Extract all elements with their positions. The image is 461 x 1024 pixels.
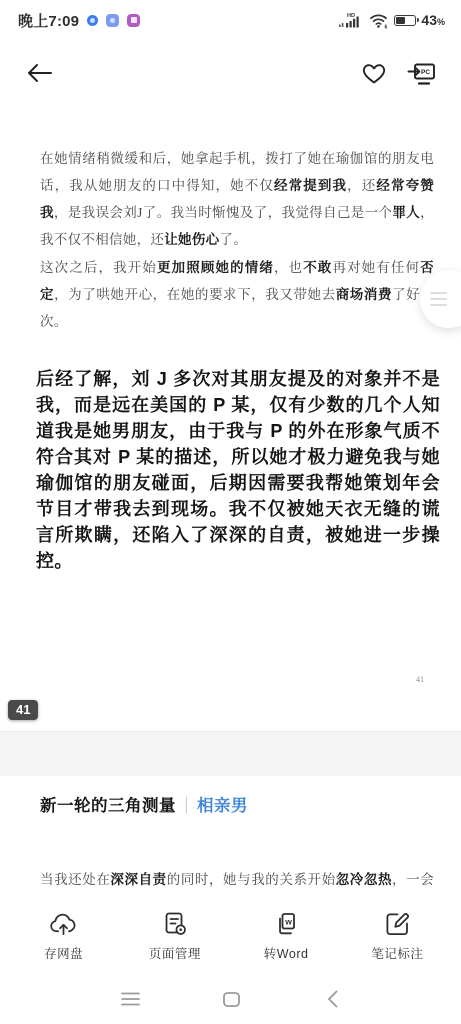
clock: 晚上7:09 [18, 10, 79, 31]
section-title: 新一轮的三角测量 [40, 797, 176, 815]
cell-signal-icon: HD [338, 11, 364, 29]
back-button[interactable] [22, 56, 56, 90]
convert-word-icon: w [272, 910, 300, 938]
wifi-icon: 6 [369, 12, 389, 29]
battery-icon [394, 15, 416, 26]
page-number-badge: 41 [8, 700, 38, 720]
tool-label: 笔记标注 [371, 944, 423, 962]
status-bar: 晚上7:09 HD 6 43% [0, 0, 461, 38]
battery-percent: 43% [421, 12, 445, 28]
tool-label: 页面管理 [149, 944, 201, 962]
hd-label: HD [347, 13, 355, 19]
pc-label: PC [421, 69, 430, 76]
app-navbar: PC [0, 44, 461, 102]
page-manage-button[interactable]: 页面管理 [127, 910, 223, 962]
send-to-pc-button[interactable]: PC [405, 56, 439, 90]
save-to-cloud-button[interactable]: 存网盘 [16, 910, 112, 962]
doc-highlight-paragraph: 后经了解，刘 J 多次对其朋友提及的对象并不是我，而是远在美国的 P 某，仅有少… [36, 366, 440, 574]
doc-paragraph-2: 这次之后，我开始更加照顾她的情绪，也不敢再对她有任何否定，为了哄她开心，在她的要… [40, 254, 434, 335]
back-arrow-icon [26, 62, 53, 84]
home-square-icon [223, 992, 240, 1007]
send-to-pc-icon: PC [407, 60, 438, 87]
bottom-toolbar: 存网盘 页面管理 w 转Word 笔记标注 [0, 896, 461, 975]
heading-separator: ｜ [178, 797, 195, 815]
doc-paragraph-1: 在她情绪稍微缓和后，她拿起手机，拨打了她在瑜伽馆的朋友电话，我从她朋友的口中得知… [40, 145, 434, 253]
page-separator [0, 731, 461, 776]
tool-label: 存网盘 [44, 944, 83, 962]
page-manage-icon [161, 910, 189, 938]
home-button[interactable] [219, 987, 243, 1011]
chevron-left-icon [327, 990, 338, 1008]
word-letter: w [284, 916, 292, 926]
note-annotate-icon [383, 910, 411, 938]
section-tag-link[interactable]: 相亲男 [197, 797, 248, 815]
recents-button[interactable] [118, 987, 142, 1011]
system-back-button[interactable] [320, 987, 344, 1011]
doc-corner-page-number: 41 [416, 675, 424, 684]
app-notification-icon-2 [127, 14, 140, 27]
section-heading: 新一轮的三角测量｜相亲男 [40, 792, 248, 816]
cloud-upload-icon [48, 910, 79, 938]
notification-dot-icon [87, 15, 98, 26]
favorite-button[interactable] [357, 56, 391, 90]
menu-lines-icon [430, 292, 447, 294]
heart-icon [361, 62, 387, 85]
note-annotate-button[interactable]: 笔记标注 [349, 910, 445, 962]
tool-label: 转Word [264, 944, 309, 962]
wifi6-label: 6 [385, 24, 388, 29]
system-navbar [0, 975, 461, 1024]
convert-word-button[interactable]: w 转Word [238, 910, 334, 962]
app-notification-icon [106, 14, 119, 27]
phone-screen: 晚上7:09 HD 6 43% [0, 0, 461, 1024]
recents-menu-icon [121, 992, 140, 1006]
